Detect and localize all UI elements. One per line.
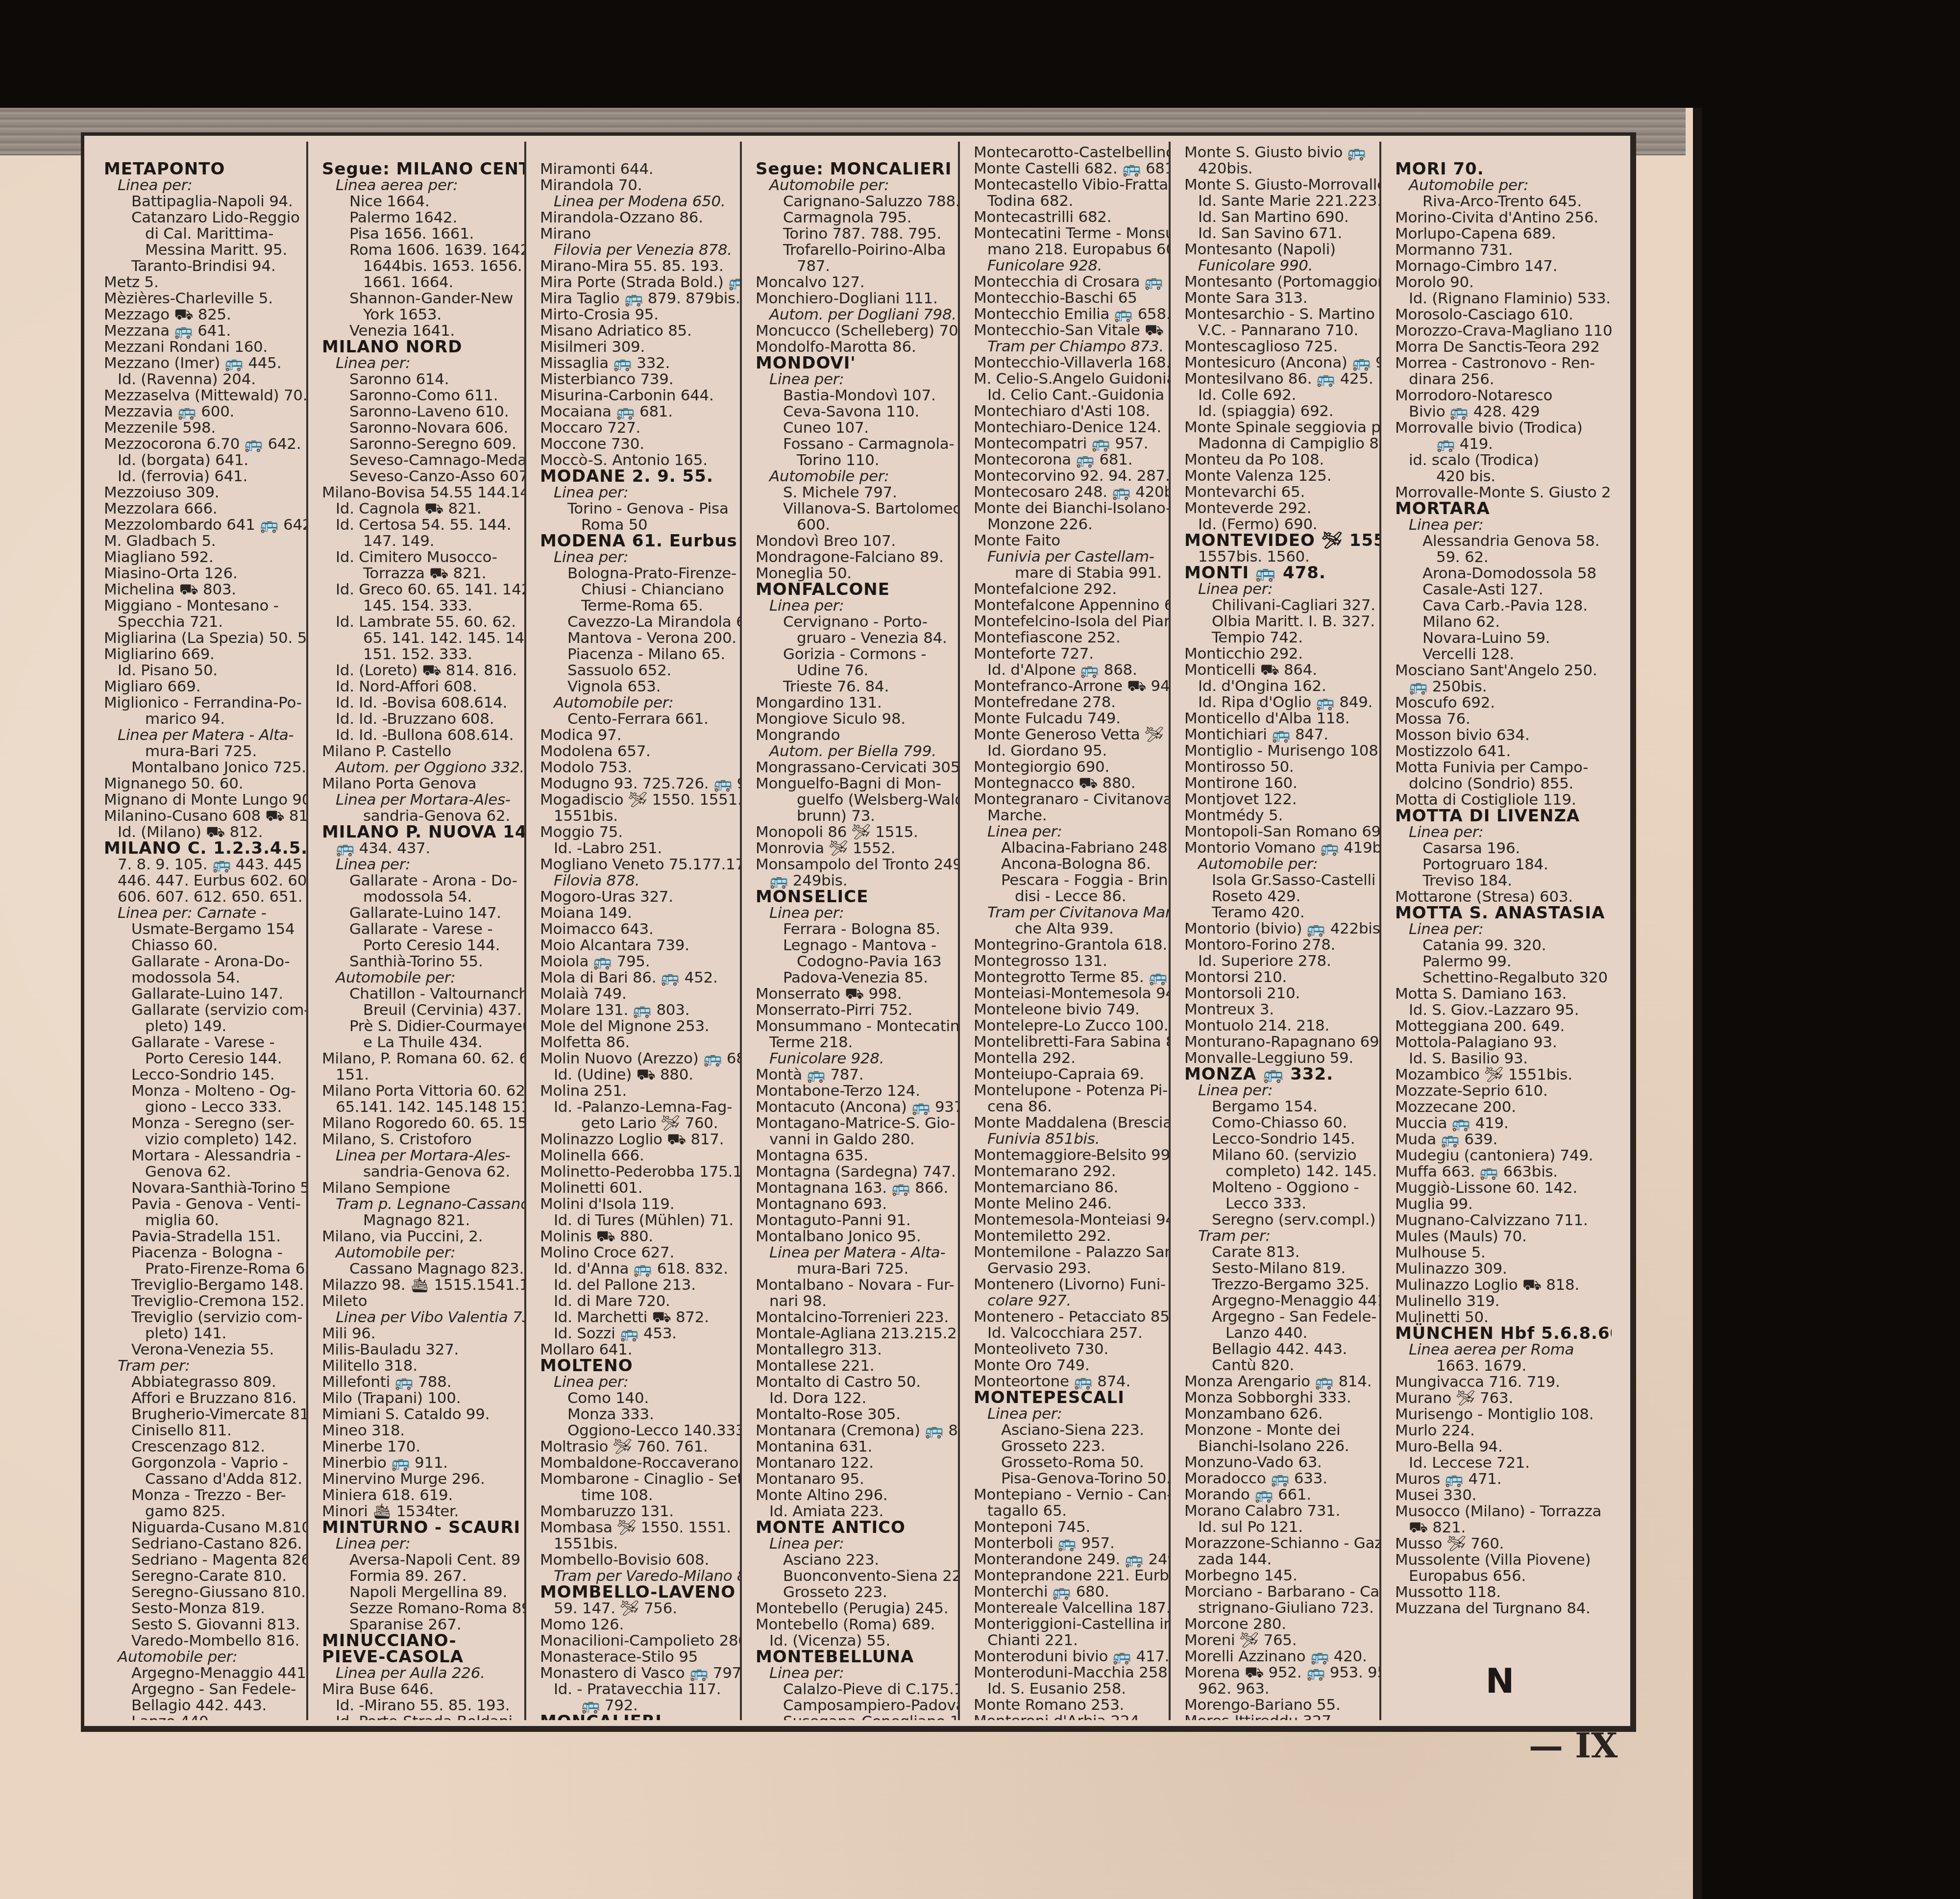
index-entry: Mornago-Cimbro 147. [1395, 258, 1605, 274]
route-entry: Gorgonzola - Vaprio - [104, 1455, 299, 1471]
route-entry: Fossano - Carmagnola- [756, 436, 951, 452]
index-entry: Montella 292. [974, 1050, 1162, 1066]
index-entry: Mozzecane 200. [1395, 1099, 1605, 1115]
sub-entry: 446. 447. Eurbus 602. 604. [104, 873, 299, 889]
route-entry: Ferrara - Bologna 85. [756, 921, 951, 937]
continuation-line: completo) 142. 145. [1184, 1163, 1372, 1180]
route-entry: S. Michele 797. [756, 485, 951, 501]
index-entry: Muro-Bella 94. [1395, 1439, 1605, 1455]
route-entry: Bastia-Mondovì 107. [756, 388, 951, 404]
route-entry: Teramo 420. [1184, 905, 1372, 921]
route-entry: Piacenza - Bologna - [104, 1245, 299, 1261]
sub-entry: 606. 607. 612. 650. 651. 657. [104, 889, 299, 905]
index-entry: Montirone 160. [1184, 775, 1372, 791]
index-entry: Morra De Sanctis-Teora 292 [1395, 339, 1605, 355]
index-entry: Montecarotto-Castelbellino 87. [974, 145, 1162, 161]
sub-entry: zada 144. [1184, 1552, 1372, 1568]
index-entry: Milano, S. Cristoforo [322, 1132, 517, 1148]
index-entry: Montelupone - Potenza Pi- [974, 1083, 1162, 1099]
continuation-line: pleto) 141. [104, 1326, 299, 1342]
route-entry: Casarsa 196. [1395, 840, 1605, 857]
index-entry: Morazzone-Schianno - Gaz- [1184, 1535, 1372, 1552]
route-entry: Mantova - Verona 200. [540, 630, 733, 646]
route-label: Linea per: [1395, 921, 1605, 937]
sub-entry: Id. Id. -Bullona 608.614. [322, 727, 517, 743]
sub-entry: Europabus 656. [1395, 1568, 1605, 1584]
sub-entry: 59. 147. 🛩 756. [540, 1601, 733, 1617]
index-entry: Migliaro 669. [104, 679, 299, 695]
index-entry: Montechiaro d'Asti 108. [974, 403, 1162, 419]
route-entry: Grosseto 223. [756, 1584, 951, 1601]
route-entry: Battipaglia-Napoli 94. [104, 194, 299, 210]
index-entry: Montaguto-Panni 91. [756, 1212, 951, 1229]
index-columns: METAPONTOLinea per:Battipaglia-Napoli 94… [90, 142, 1624, 1720]
route-entry: Novara-Luino 59. [1395, 630, 1605, 646]
route-label: Linea per: [540, 1374, 733, 1390]
index-entry: Morrea - Castronovo - Ren- [1395, 355, 1605, 371]
route-label: Automobile per: [1184, 856, 1372, 872]
index-entry: Minerbio 🚌 911. [322, 1455, 517, 1471]
index-entry: Mores-Ittireddu 327. [1184, 1713, 1372, 1720]
index-entry: Montesilvano 86. 🚌 425. [1184, 371, 1372, 387]
sub-entry: Id. S. Eusanio 258. [974, 1681, 1162, 1697]
column-2: Segue: MILANO CENTR.Linea aerea per:Nice… [308, 142, 526, 1720]
index-entry: Monteroduni-Macchia 258. [974, 1665, 1162, 1681]
sub-entry: Id. Leccese 721. [1395, 1455, 1605, 1471]
sub-entry: Id. Id. -Bruzzano 608. [322, 711, 517, 727]
index-entry: Montecchio Emilia 🚌 658. [974, 306, 1162, 322]
sub-entry: ⛟ 821. [1395, 1520, 1605, 1536]
index-entry: Morengo-Bariano 55. [1184, 1697, 1372, 1713]
index-entry: Montalto-Rose 305. [756, 1406, 951, 1423]
route-entry: Argegno - San Fedele- [104, 1681, 299, 1698]
index-entry: Monte S. Giusto-Morrovalle 248 [1184, 177, 1372, 193]
sub-entry: 65.141. 142. 145.148 151.154 [322, 1099, 517, 1115]
sub-entry: Id. Superiore 278. [1184, 953, 1372, 969]
sub-entry: Id. S. Basilio 93. [1395, 1051, 1605, 1067]
index-entry: Mezzago ⛟ 825. [104, 307, 299, 323]
continuation-line: Porto Ceresio 144. [104, 1051, 299, 1067]
continuation-line: time 108. [540, 1487, 733, 1504]
route-label: Autom. per Oggiono 332. [322, 760, 517, 776]
continuation-line: marico 94. [104, 711, 299, 727]
route-entry: Milano 62. [1395, 614, 1605, 630]
route-entry: Cantù 820. [1184, 1357, 1372, 1374]
continuation-line: 1661. 1664. [322, 274, 517, 291]
route-label: Autom. per Biella 799. [756, 743, 951, 760]
route-label: Linea per: [1395, 517, 1605, 533]
route-label: Linea aerea per Roma [1395, 1342, 1605, 1358]
route-entry: Asciano-Siena 223. [974, 1422, 1162, 1438]
index-entry: Montmédy 5. [1184, 808, 1372, 824]
index-entry: Montelibretti-Fara Sabina 85.87 [974, 1034, 1162, 1050]
index-entry: Mirto-Crosia 95. [540, 307, 733, 323]
index-entry: Mezzoiuso 309. [104, 485, 299, 501]
index-entry: Monopoli 86 🛩 1515. [756, 824, 951, 840]
route-entry: Pavia - Genova - Venti- [104, 1196, 299, 1212]
index-entry: Morrovalle bivio (Trodica) [1395, 420, 1605, 436]
route-label: Autom. per Dogliani 798. [756, 307, 951, 323]
continuation-line: 147. 149. [322, 533, 517, 549]
index-entry: Montecompatri 🚌 957. [974, 436, 1162, 452]
station-heading: MONFALCONE [756, 582, 951, 598]
route-label: Tram per: [104, 1358, 299, 1374]
route-label: Tram p. Legnano-Cassano [322, 1196, 517, 1212]
route-entry: Cento-Ferrara 661. [540, 711, 733, 727]
sub-entry: 🚌 434. 437. [322, 840, 517, 857]
index-entry: Missaglia 🚌 332. [540, 355, 733, 371]
index-entry: Montanaro 122. [756, 1455, 951, 1471]
index-entry: Montemiletto 292. [974, 1228, 1162, 1244]
sub-entry: Id. San Martino 690. [1184, 209, 1372, 225]
index-entry: Milis-Bauladu 327. [322, 1342, 517, 1358]
index-entry: Montalto di Castro 50. [756, 1374, 951, 1390]
route-label: Funivia 851bis. [974, 1131, 1162, 1147]
index-entry: Motta S. Damiano 163. [1395, 986, 1605, 1002]
continuation-line: modossola 54. [322, 889, 517, 905]
route-entry: Alessandria Genova 58. [1395, 533, 1605, 549]
column-6: Monte S. Giusto bivio 🚌420bis.Monte S. G… [1171, 142, 1381, 1720]
continuation-line: geto Lario 🛩 760. [540, 1115, 733, 1132]
index-entry: Monteleone bivio 749. [974, 1002, 1162, 1018]
sub-entry: 962. 963. [1184, 1681, 1372, 1697]
index-entry: Morino-Civita d'Antino 256. [1395, 210, 1605, 226]
route-entry: Olbia Maritt. I. B. 327. [1184, 614, 1372, 630]
index-entry: Miglionico - Ferrandina-Po- [104, 695, 299, 711]
index-entry: Montefalcone Appennino 690. [974, 597, 1162, 614]
route-entry: Trieste 76. 84. [756, 679, 951, 695]
sub-entry: Id. di Tures (Mühlen) 71. [540, 1212, 733, 1229]
continuation-line: vizio completo) 142. [104, 1132, 299, 1148]
route-entry: Carignano-Saluzzo 788. [756, 194, 951, 210]
index-entry: Montanina 631. [756, 1439, 951, 1455]
index-entry: Montà 🚌 787. [756, 1067, 951, 1083]
index-entry: Montesanto (Portomaggiore) 204 [1184, 274, 1372, 290]
index-entry: Montefiascone 252. [974, 630, 1162, 646]
station-heading: MOMBELLO-LAVENO [540, 1584, 733, 1601]
route-entry: Niguarda-Cusano M.810 [104, 1520, 299, 1536]
sub-entry: dolcino (Sondrio) 855. [1395, 776, 1605, 792]
sub-entry: Id. d'Ongina 162. [1184, 678, 1372, 694]
route-entry: Saronno-Seregno 609. [322, 436, 517, 452]
sub-entry: Terme 218. [756, 1035, 951, 1051]
continuation-line: che Alta 939. [974, 921, 1162, 937]
station-heading: MILANO NORD [322, 339, 517, 355]
index-entry: Morano Calabro 731. [1184, 1503, 1372, 1519]
sub-entry: Id. Sozzi 🚌 453. [540, 1326, 733, 1342]
route-entry: Formia 89. 267. [322, 1568, 517, 1584]
route-entry: Bergamo 154. [1184, 1099, 1372, 1115]
index-entry: Monsampolo del Tronto 249. [756, 857, 951, 873]
sub-entry: 7. 8. 9. 105. 🚌 443. 445 bis [104, 857, 299, 873]
route-entry: Seveso-Camnago-Meda 608 [322, 452, 517, 469]
index-entry: Monguelfo-Bagni di Mon- [756, 776, 951, 792]
continuation-line: mare di Stabia 991. [974, 565, 1162, 581]
route-entry: Chatillon - Valtournanche - [322, 986, 517, 1002]
index-entry: Morcone 280. [1184, 1616, 1372, 1632]
index-entry: Mogadiscio 🛩 1550. 1551. [540, 792, 733, 808]
index-entry: Montegrosso 131. [974, 953, 1162, 969]
route-entry: Nice 1664. [322, 194, 517, 210]
sub-entry: Id. del Pallone 213. [540, 1277, 733, 1293]
index-entry: Montecorvino 92. 94. 287. [974, 468, 1162, 484]
route-entry: Trezzo-Bergamo 325. [1184, 1277, 1372, 1293]
sub-entry: Id. Cagnola ⛟ 821. [322, 501, 517, 517]
route-entry: Sedriano - Magenta 826. [104, 1552, 299, 1568]
route-entry: Susegana-Conegliano 185. [756, 1714, 951, 1720]
route-entry: Asciano 223. [756, 1552, 951, 1568]
index-entry: Modolena 657. [540, 743, 733, 760]
route-entry: Affori e Bruzzano 816. [104, 1390, 299, 1406]
route-label: Funicolare 928. [974, 258, 1162, 274]
route-entry: Padova-Venezia 85. [756, 970, 951, 986]
route-entry: Aversa-Napoli Cent. 89 [322, 1552, 517, 1568]
index-entry: Monteriggioni-Castellina in [974, 1616, 1162, 1632]
route-entry: Bellagio 442. 443. [104, 1698, 299, 1714]
sub-entry: Id. Ripa d'Oglio 🚌 849. [1184, 694, 1372, 711]
index-entry: Musei 330. [1395, 1487, 1605, 1504]
route-label: Linea per: Carnate - [104, 905, 299, 921]
index-entry: Montemarano 292. [974, 1163, 1162, 1180]
station-heading: MORI 70. [1395, 161, 1605, 177]
index-entry: Milano Rogoredo 60. 65. 151. [322, 1115, 517, 1132]
index-entry: Monza Sobborghi 333. [1184, 1390, 1372, 1406]
index-entry: Muffa 663. 🚌 663bis. [1395, 1164, 1605, 1180]
route-entry: Pisa 1656. 1661. [322, 226, 517, 242]
sub-entry: Id. -Labro 251. [540, 840, 733, 857]
sub-entry: Id. Pisano 50. [104, 663, 299, 679]
index-entry: Miramonti 644. [540, 161, 733, 177]
route-entry: Como 140. [540, 1390, 733, 1406]
continuation-line: di Cal. Marittima- [104, 226, 299, 242]
route-entry: Taranto-Brindisi 94. [104, 258, 299, 274]
route-entry: Portogruaro 184. [1395, 857, 1605, 873]
route-label: Linea per: [756, 371, 951, 388]
index-entry: Mezzocorona 6.70 🚌 642. 884 [104, 436, 299, 452]
index-entry: Montefalcione 292. [974, 581, 1162, 597]
index-entry: Montagna (Sardegna) 747. [756, 1164, 951, 1180]
index-entry: Milano Porta Vittoria 60. 62. [322, 1083, 517, 1099]
index-entry: Mezzolara 666. [104, 501, 299, 517]
continuation-line: 420 bis. [1395, 469, 1605, 485]
index-entry: Montichiari 🚌 847. [1184, 727, 1372, 743]
index-entry: Monte Sara 313. [1184, 290, 1372, 306]
route-entry: Usmate-Bergamo 154 [104, 921, 299, 937]
sub-entry: Id. Id. -Bovisa 608.614. [322, 695, 517, 711]
index-entry: Mola di Bari 86. 🚌 452. [540, 970, 733, 986]
route-entry: Sesto S. Giovanni 813. [104, 1617, 299, 1633]
index-entry: Muglia 99. [1395, 1196, 1605, 1212]
index-entry: Mezzani Rondani 160. [104, 339, 299, 355]
route-label: Linea per: [756, 1536, 951, 1552]
route-entry: Monza - Molteno - Og- [104, 1083, 299, 1099]
route-entry: Saronno-Como 611. [322, 388, 517, 404]
route-label: Automobile per: [756, 177, 951, 194]
index-entry: Murlo 224. [1395, 1423, 1605, 1439]
route-label: Linea per Modena 650. [540, 194, 733, 210]
route-entry: Gallarate - Varese - [322, 921, 517, 937]
route-entry: Montalbano Jonico 725. [104, 760, 299, 776]
route-entry: Roma 1606. 1639. 1642. [322, 242, 517, 258]
index-entry: Muccia 🚌 419. [1395, 1115, 1605, 1132]
index-entry: Moreni 🛩 765. [1184, 1632, 1372, 1649]
sub-entry: 1551bis. [540, 808, 733, 824]
index-entry: Montalcino-Torrenieri 223. [756, 1309, 951, 1326]
index-entry: Morlupo-Capena 689. [1395, 226, 1605, 242]
sub-entry: mano 218. Europabus 601. [974, 242, 1162, 258]
index-entry: Mugnano-Calvizzano 711. [1395, 1212, 1605, 1229]
route-entry: Legnago - Mantova - [756, 937, 951, 954]
index-entry: Montesanto (Napoli) [1184, 242, 1372, 258]
route-entry: Treviglio-Cremona 152. [104, 1293, 299, 1309]
index-entry: Montoro-Forino 278. [1184, 937, 1372, 953]
continuation-line: guelfo (Welsberg-Wald- [756, 792, 951, 808]
sub-entry: Id. Colle 692. [1184, 387, 1372, 403]
route-entry: Verona-Venezia 55. [104, 1342, 299, 1358]
index-entry: Montecastello Vibio-Fratta [974, 177, 1162, 193]
index-entry: Montorio Vomano 🚌 419bis [1184, 840, 1372, 856]
route-entry: Calalzo-Pieve di C.175.177 [756, 1681, 951, 1698]
sub-entry: dinara 256. [1395, 371, 1605, 388]
index-entry: Montorsi 210. [1184, 969, 1372, 986]
index-entry: Molinella 666. [540, 1148, 733, 1164]
sub-entry: Id. (Ravenna) 204. [104, 371, 299, 388]
route-entry: Bellagio 442. 443. [1184, 1341, 1372, 1357]
index-entry: Momo 126. [540, 1617, 733, 1633]
index-entry: Mombaruzzo 131. [540, 1504, 733, 1520]
column-5: Montecarotto-Castelbellino 87.Monte Cast… [960, 142, 1171, 1720]
index-entry: Monasterace-Stilo 95 [540, 1649, 733, 1665]
route-entry: Lecco-Sondrio 145. [104, 1067, 299, 1083]
route-entry: Saronno-Novara 606. [322, 420, 517, 436]
index-entry: Milano Porta Genova [322, 776, 517, 792]
route-entry: Crescenzago 812. [104, 1439, 299, 1455]
continuation-line: Magnago 821. [322, 1212, 517, 1229]
index-entry: Monchiero-Dogliani 111. [756, 291, 951, 307]
route-entry: Santhià-Torino 55. [322, 954, 517, 970]
index-entry: Monteiasi-Montemesola 94. [974, 986, 1162, 1002]
route-label: Automobile per: [104, 1649, 299, 1665]
route-entry: Pavia-Stradella 151. [104, 1229, 299, 1245]
route-label: Filovia per Venezia 878. [540, 242, 733, 258]
route-entry: Gallarate (servizio com- [104, 1002, 299, 1018]
index-entry: Monte Oro 749. [974, 1357, 1162, 1374]
continuation-line: Lanzo 440. [1184, 1325, 1372, 1341]
index-entry: Monsummano - Montecatini [756, 1018, 951, 1035]
index-entry: Monteprandone 221. Eurbus 608. [974, 1568, 1162, 1584]
sub-entry: V.C. - Pannarano 710. [1184, 322, 1372, 339]
route-entry: Treviso 184. [1395, 873, 1605, 889]
index-entry: Miniera 618. 619. [322, 1487, 517, 1504]
index-entry: Mirandola 70. [540, 177, 733, 194]
sub-entry: Id. (Udine) ⛟ 880. [540, 1067, 733, 1083]
station-heading: MODANE 2. 9. 55. [540, 469, 733, 485]
station-heading: Segue: MILANO CENTR. [322, 161, 517, 177]
sub-entry: Bivio 🚌 428. 429 [1395, 404, 1605, 420]
sub-entry: Id. (spiaggia) 692. [1184, 403, 1372, 419]
route-entry: Ceva-Savona 110. [756, 404, 951, 420]
continuation-line: 59. 62. [1395, 549, 1605, 566]
index-entry: Mimiani S. Cataldo 99. [322, 1406, 517, 1423]
continuation-line: Breuil (Cervinia) 437. [322, 1002, 517, 1018]
route-entry: Monza - Trezzo - Ber- [104, 1487, 299, 1504]
index-entry: Mira Porte (Strada Bold.) 🚌 879 [540, 274, 733, 291]
index-entry: Monzambano 626. [1184, 1406, 1372, 1422]
route-entry: Arona-Domodossola 58 [1395, 566, 1605, 582]
index-entry: Mossa 76. [1395, 711, 1605, 727]
sub-entry: Id. Giordano 95. [974, 743, 1162, 759]
index-entry: Monterboli 🚌 957. [974, 1535, 1162, 1552]
index-entry: Molinis ⛟ 880. [540, 1229, 733, 1245]
route-entry: Como-Chiasso 60. [1184, 1115, 1372, 1131]
index-entry: Montesicuro (Ancona) 🚌 937 [1184, 355, 1372, 371]
sub-entry: Id. Porte-Strada Boldani [322, 1714, 517, 1720]
index-entry: Miggiano - Montesano - [104, 598, 299, 614]
route-entry: Argegno - San Fedele- [1184, 1309, 1372, 1325]
column-4: Segue: MONCALIERIAutomobile per:Carignan… [742, 142, 960, 1720]
index-entry: Monte Altino 296. [756, 1487, 951, 1504]
index-entry: Montjovet 122. [1184, 791, 1372, 808]
index-entry: Montebello (Perugia) 245. [756, 1601, 951, 1617]
index-entry: Mormanno 731. [1395, 242, 1605, 258]
index-entry: Mira Buse 646. [322, 1681, 517, 1698]
index-entry: Montebello (Roma) 689. [756, 1617, 951, 1633]
station-heading: MONTEPESCALI [974, 1390, 1162, 1406]
station-heading: MINTURNO - SCAURI [322, 1520, 517, 1536]
index-entry: Michelina ⛟ 803. [104, 582, 299, 598]
index-entry: Monte dei Bianchi-Isolano- [974, 500, 1162, 517]
route-entry: Argegno-Menaggio 441 [104, 1665, 299, 1681]
route-entry: Gallarate - Varese - [104, 1035, 299, 1051]
route-label: Linea per: [1184, 581, 1372, 597]
index-entry: Mulinazzo Loglio ⛟ 818. [1395, 1277, 1605, 1293]
index-entry: Monte Melino 246. [974, 1196, 1162, 1212]
index-entry: Monrovia 🛩 1552. [756, 840, 951, 857]
route-label: colare 927. [974, 1293, 1162, 1309]
continuation-line: mura-Bari 725. [104, 743, 299, 760]
sub-entry: cena 86. [974, 1099, 1162, 1115]
route-entry: Pisa-Genova-Torino 50. [974, 1471, 1162, 1487]
continuation-line: Torino 110. [756, 452, 951, 469]
section-letter: N [1395, 1661, 1605, 1701]
index-entry: Murisengo - Montiglio 108. [1395, 1406, 1605, 1423]
continuation-line: Codogno-Pavia 163 [756, 954, 951, 970]
route-entry: Carmagnola 795. [756, 210, 951, 226]
index-entry: Montegrino-Grantola 618. [974, 937, 1162, 953]
index-entry: Monte Romano 253. [974, 1697, 1162, 1713]
index-entry: Molinazzo Loglio ⛟ 817. [540, 1132, 733, 1148]
route-entry: Albacina-Fabriano 248. [974, 840, 1162, 856]
index-entry: Montopoli-San Romano 69. [1184, 824, 1372, 840]
route-label: Tram per Chiampo 873. [974, 339, 1162, 355]
index-entry: Montuolo 214. 218. [1184, 1018, 1372, 1034]
route-entry: Cervignano - Porto- [756, 614, 951, 630]
continuation-line: e La Thuile 434. [322, 1035, 517, 1051]
route-entry: Cassano Magnago 823. [322, 1261, 517, 1277]
index-entry: Monteverde 292. [1184, 500, 1372, 517]
index-entry: Montefelcino-Isola del Pian.244 [974, 614, 1162, 630]
index-entry: Montemaggiore-Belsito 99. [974, 1147, 1162, 1163]
continuation-line: 145. 154. 333. [322, 598, 517, 614]
index-entry: Mole del Mignone 253. [540, 1018, 733, 1035]
index-entry: Moltrasio 🛩 760. 761. [540, 1439, 733, 1455]
station-heading: METAPONTO [104, 161, 299, 177]
index-entry: Montegrotto Terme 85. 🚌 874. [974, 969, 1162, 986]
continuation-line: gruaro - Venezia 84. [756, 630, 951, 646]
index-table-frame: METAPONTOLinea per:Battipaglia-Napoli 94… [81, 132, 1636, 1732]
route-entry: Carate 813. [1184, 1244, 1372, 1260]
sub-entry: 420bis. [1184, 161, 1372, 177]
